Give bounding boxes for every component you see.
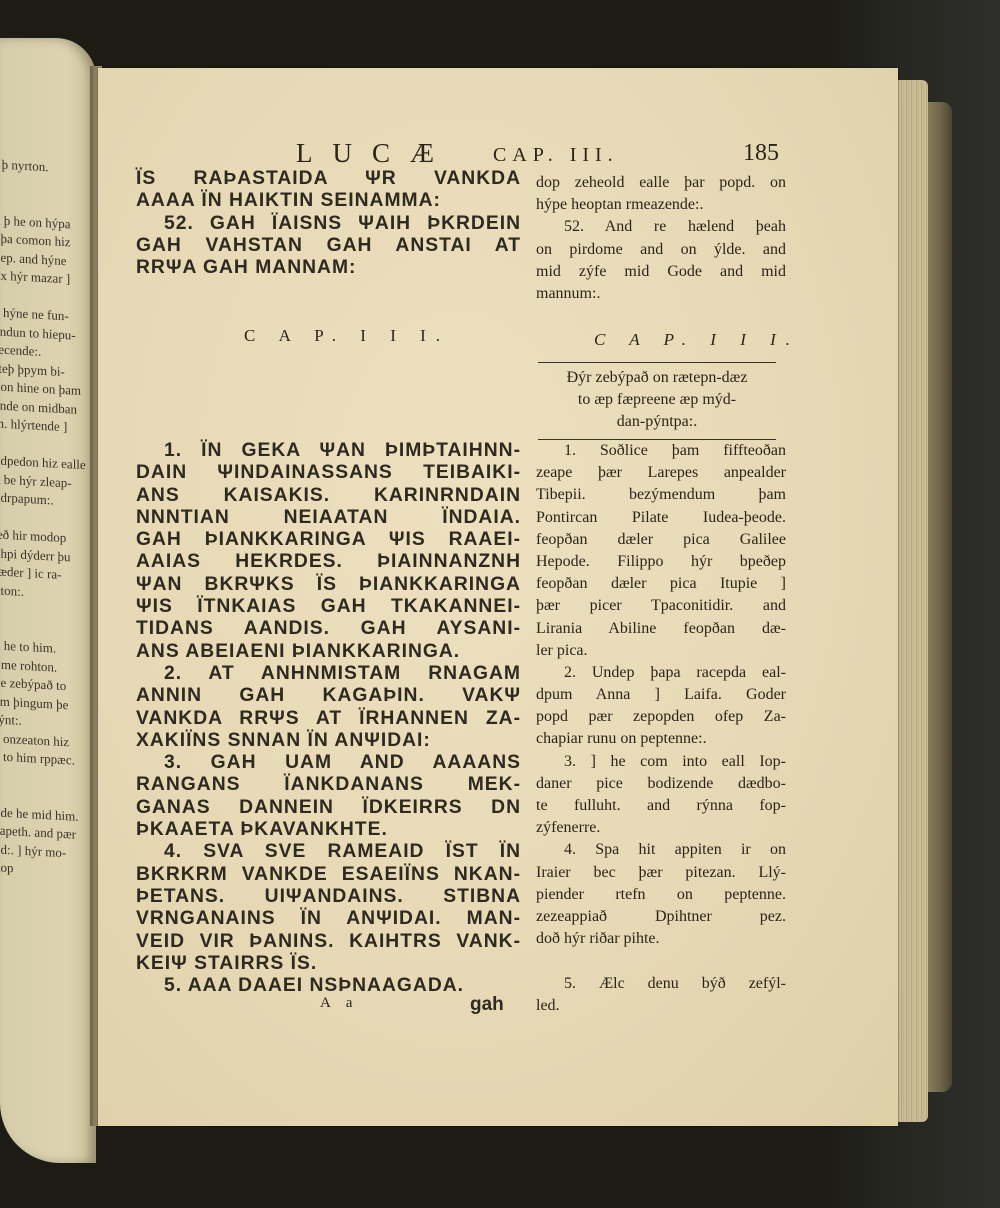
- gothic-text-line: ganas dannein ïdkeirrs dn: [136, 797, 521, 819]
- saxon-column-top: dop zeheold ealle þar popd. onhýpe heopt…: [536, 172, 786, 305]
- saxon-column-body: 1. Soðlice þam fiffteoðanzeape þær Larep…: [536, 440, 786, 1017]
- gothic-text-line: aaaa ïn haiktin seinamma:: [136, 190, 521, 212]
- book-page: LUCÆ CAP. III. 185 ïs raþastaida ψr vank…: [98, 68, 898, 1126]
- chapter-summary: Ðýr zebýpað on ræteрn-dæzto æp fæpreene …: [538, 362, 776, 440]
- header-chapter: CAP. III.: [493, 144, 619, 167]
- gothic-text-line: 1. ïn geka ψan þimþtaihnn-: [136, 440, 521, 462]
- saxon-text-line: zezeappiað Dpihtner pez.: [536, 906, 786, 928]
- saxon-text-line: chapiar runu on peptenne:.: [536, 728, 786, 750]
- gothic-text-line: 4. sva sve rameaid ïst ïn: [136, 841, 521, 863]
- gothic-text-line: þkaaeta þkavankhte.: [136, 819, 521, 841]
- saxon-text-line: hýpe heoptan rmeazende:.: [536, 194, 786, 216]
- saxon-text-line: ler pica.: [536, 640, 786, 662]
- saxon-text-line: 52. And re hælend þeah: [536, 216, 786, 238]
- saxon-text-line: þær picer Tpaconitidir. and: [536, 595, 786, 617]
- page-number: 185: [743, 140, 779, 167]
- saxon-text-line: mannum:.: [536, 283, 786, 305]
- gothic-text-line: veid vir þanins. kaihtrs vank-: [136, 931, 521, 953]
- saxon-text-line: dpum Anna ] Laifa. Goder: [536, 684, 786, 706]
- gothic-column-top: ïs raþastaida ψr vankdaaaaa ïn haiktin s…: [136, 168, 521, 279]
- left-page-text: r þ nyrton.n þ he on hýpa. þa comon hizp…: [0, 155, 94, 882]
- saxon-text-line: feopðan dæler pica Galilee: [536, 529, 786, 551]
- gothic-text-line: xakiïns snnan ïn anψidai:: [136, 730, 521, 752]
- facing-left-page: r þ nyrton.n þ he on hýpa. þa comon hizp…: [0, 38, 96, 1163]
- saxon-text-line: Hepode. Filippo hýr bpeðep: [536, 551, 786, 573]
- saxon-text-line: Iraier bec þær pitezan. Llý-: [536, 862, 786, 884]
- gothic-text-line: ïs raþastaida ψr vankda: [136, 168, 521, 190]
- book-cover-edge: [926, 102, 952, 1092]
- saxon-text-line: 1. Soðlice þam fiffteoðan: [536, 440, 786, 462]
- gothic-column-body: 1. ïn geka ψan þimþtaihnn-dain ψindainas…: [136, 440, 521, 997]
- gothic-text-line: vrnganains ïn anψidai. man-: [136, 908, 521, 930]
- summary-line: dan-pýntpa:.: [538, 411, 776, 433]
- saxon-text-line: mid zýfe mid Gode and mid: [536, 261, 786, 283]
- book-title: LUCÆ: [296, 138, 454, 169]
- saxon-text-line: [536, 950, 786, 972]
- gothic-text-line: tidans aandis. gah aysani-: [136, 618, 521, 640]
- gothic-text-line: 3. gah uam and aaaans: [136, 752, 521, 774]
- gothic-text-line: þetans. uiψandains. stibna: [136, 886, 521, 908]
- saxon-text-line: zeape þær Larepes anpealder: [536, 462, 786, 484]
- signature-mark: A a: [320, 995, 358, 1012]
- saxon-text-line: Pontircan Pilate Iudea-þeode.: [536, 507, 786, 529]
- gothic-text-line: 52. gah ïaisns ψaih þkrdein: [136, 213, 521, 235]
- gothic-text-line: aaias hekrdes. þiainnanznh: [136, 551, 521, 573]
- gothic-text-line: rangans ïankdanans mek-: [136, 774, 521, 796]
- saxon-text-line: zýfenerre.: [536, 817, 786, 839]
- saxon-text-line: piender rtefn on peptenne.: [536, 884, 786, 906]
- gothic-text-line: rrψa gah mannam:: [136, 257, 521, 279]
- catchword: gah: [470, 994, 504, 1016]
- gothic-text-line: vankda rrψs at ïrhannen za-: [136, 708, 521, 730]
- gothic-text-line: gah þiankkaringa ψis raaei-: [136, 529, 521, 551]
- gothic-text-line: ψan bkrψks ïs þiankkaringa: [136, 574, 521, 596]
- gothic-text-line: annin gah kagaþin. vakψ: [136, 685, 521, 707]
- summary-line: to æp fæpreene æp mýd-: [538, 389, 776, 411]
- gothic-text-line: nnntian neiaatan ïndaia.: [136, 507, 521, 529]
- saxon-text-line: dop zeheold ealle þar popd. on: [536, 172, 786, 194]
- saxon-text-line: feopðan dæler pica Itupie ]: [536, 573, 786, 595]
- saxon-text-line: Lirania Abiline feopðan dæ-: [536, 618, 786, 640]
- saxon-text-line: 4. Spa hit appiten ir on: [536, 839, 786, 861]
- gothic-text-line: gah vahstan gah anstai at: [136, 235, 521, 257]
- saxon-chapter-heading: C A P. I I I.: [594, 330, 800, 350]
- saxon-text-line: on pirdome and on ýlde. and: [536, 239, 786, 261]
- gothic-text-line: dain ψindainassans teibaiki-: [136, 462, 521, 484]
- gothic-text-line: ans kaisakis. karinrndain: [136, 485, 521, 507]
- gothic-text-line: 2. at anhnmistam rnagam: [136, 663, 521, 685]
- saxon-text-line: Tibepii. bezýmendum þam: [536, 484, 786, 506]
- saxon-text-line: 2. Undep þapa racepda eal-: [536, 662, 786, 684]
- gothic-chapter-heading: C A P. I I I.: [244, 326, 450, 346]
- gothic-text-line: ans abeiaeni þiankkaringa.: [136, 641, 521, 663]
- saxon-text-line: 3. ] he com into eall Iop-: [536, 751, 786, 773]
- saxon-text-line: doð hýr riðar pihte.: [536, 928, 786, 950]
- gothic-text-line: ψis ïtnkaias gah tkakannei-: [136, 596, 521, 618]
- saxon-text-line: led.: [536, 995, 786, 1017]
- left-page-line: dop: [0, 858, 94, 882]
- saxon-text-line: 5. Ælc denu býð zefýl-: [536, 973, 786, 995]
- gothic-text-line: keiψ stairrs ïs.: [136, 953, 521, 975]
- saxon-text-line: daner pice bodizende dædbo-: [536, 773, 786, 795]
- saxon-text-line: popd pær zepopden ofep Za-: [536, 706, 786, 728]
- summary-line: Ðýr zebýpað on ræteрn-dæz: [538, 367, 776, 389]
- saxon-text-line: te fulluht. and rýnna fop-: [536, 795, 786, 817]
- gothic-text-line: bkrkrm vankde esaeiïns nkan-: [136, 864, 521, 886]
